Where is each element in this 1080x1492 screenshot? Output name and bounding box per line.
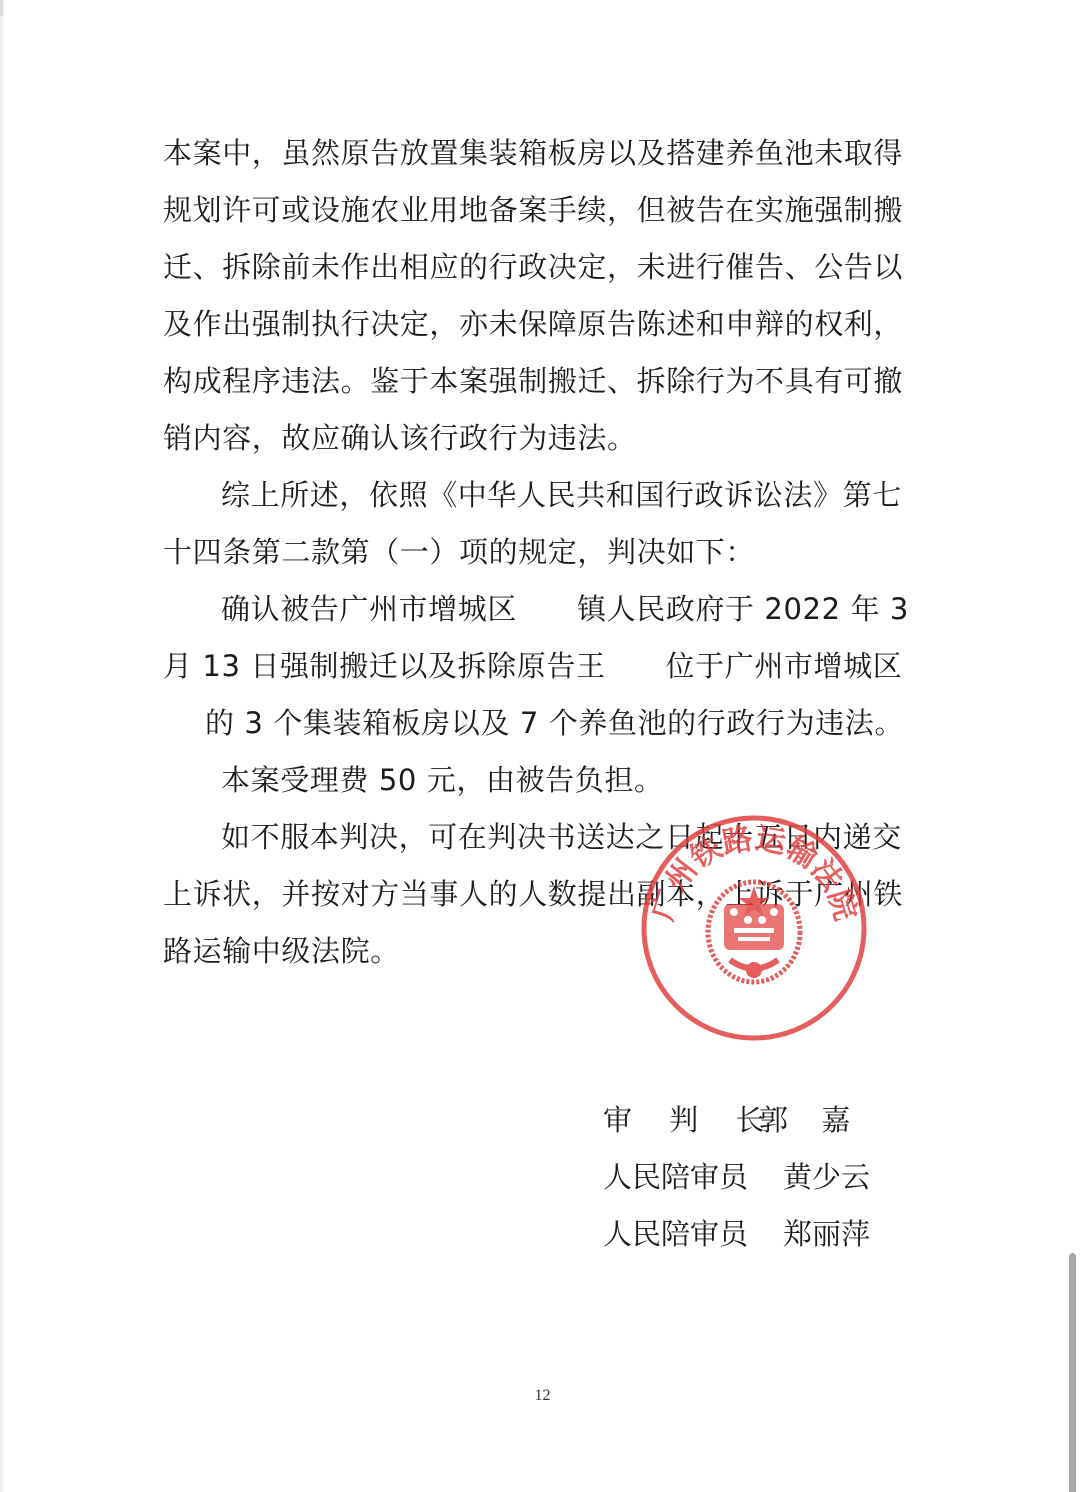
- text-line: 及作出强制执行决定，亦未保障原告陈述和申辩的权利，: [163, 296, 923, 353]
- text-line: 如不服本判决，可在判决书送达之日起十五日内递交: [163, 809, 923, 866]
- text-segment: 位于广州市增城区: [666, 649, 903, 683]
- text-line: 规划许可或设施农业用地备案手续，但被告在实施强制搬: [163, 182, 923, 239]
- text-line: 月 13 日强制搬迁以及拆除原告王位于广州市增城区: [163, 638, 923, 695]
- signature-block: 审 判 长 郭 嘉 人民陪审员 黄少云 人民陪审员 郑丽萍: [603, 1092, 870, 1263]
- document-body: 本案中，虽然原告放置集装箱板房以及搭建养鱼池未取得 规划许可或设施农业用地备案手…: [163, 125, 923, 980]
- text-segment: 确认被告广州市增城区: [221, 592, 517, 626]
- signature-name: 郭 嘉: [759, 1092, 862, 1149]
- text-segment: 镇人民政府于 2022 年 3: [577, 592, 909, 626]
- text-segment: 月 13 日强制搬迁以及拆除原告王: [163, 649, 606, 683]
- paragraph-legal-basis: 综上所述，依照《中华人民共和国行政诉讼法》第七 十四条第二款第（一）项的规定，判…: [163, 467, 923, 581]
- signature-title: 人民陪审员: [603, 1206, 783, 1263]
- redacted-area: [606, 653, 666, 683]
- signature-row-presiding-judge: 审 判 长 郭 嘉: [603, 1092, 870, 1149]
- text-line: 本案受理费 50 元，由被告负担。: [163, 752, 923, 809]
- vertical-scrollbar[interactable]: [1069, 1253, 1076, 1492]
- text-line: 十四条第二款第（一）项的规定，判决如下：: [163, 524, 923, 581]
- signature-row-juror: 人民陪审员 郑丽萍: [603, 1206, 870, 1263]
- text-line: 迁、拆除前未作出相应的行政决定，未进行催告、公告以: [163, 239, 923, 296]
- text-line: 路运输中级法院。: [163, 923, 923, 980]
- page-number: 12: [0, 1387, 1080, 1405]
- document-page: 本案中，虽然原告放置集装箱板房以及搭建养鱼池未取得 规划许可或设施农业用地备案手…: [0, 0, 1080, 1492]
- text-line: 确认被告广州市增城区镇人民政府于 2022 年 3: [163, 581, 923, 638]
- text-line: 本案中，虽然原告放置集装箱板房以及搭建养鱼池未取得: [163, 125, 923, 182]
- text-line: 销内容，故应确认该行政行为违法。: [163, 410, 923, 467]
- text-line: 的 3 个集装箱板房以及 7 个养鱼池的行政行为违法。: [163, 695, 923, 752]
- text-segment: 的 3 个集装箱板房以及 7 个养鱼池的行政行为违法。: [205, 706, 904, 740]
- text-line: 上诉状，并按对方当事人的人数提出副本，上诉于广州铁: [163, 866, 923, 923]
- redacted-area: [517, 596, 577, 626]
- signature-name: 郑丽萍: [783, 1206, 870, 1263]
- text-line: 构成程序违法。鉴于本案强制搬迁、拆除行为不具有可撤: [163, 353, 923, 410]
- paragraph-reasoning: 本案中，虽然原告放置集装箱板房以及搭建养鱼池未取得 规划许可或设施农业用地备案手…: [163, 125, 923, 467]
- paragraph-fee: 本案受理费 50 元，由被告负担。: [163, 752, 923, 809]
- signature-title: 人民陪审员: [603, 1149, 783, 1206]
- signature-row-juror: 人民陪审员 黄少云: [603, 1149, 870, 1206]
- paragraph-appeal: 如不服本判决，可在判决书送达之日起十五日内递交 上诉状，并按对方当事人的人数提出…: [163, 809, 923, 980]
- signature-name: 黄少云: [783, 1149, 870, 1206]
- paragraph-judgment: 确认被告广州市增城区镇人民政府于 2022 年 3 月 13 日强制搬迁以及拆除…: [163, 581, 923, 752]
- text-line: 综上所述，依照《中华人民共和国行政诉讼法》第七: [163, 467, 923, 524]
- signature-title: 审 判 长: [603, 1092, 759, 1149]
- redacted-area: [163, 710, 205, 740]
